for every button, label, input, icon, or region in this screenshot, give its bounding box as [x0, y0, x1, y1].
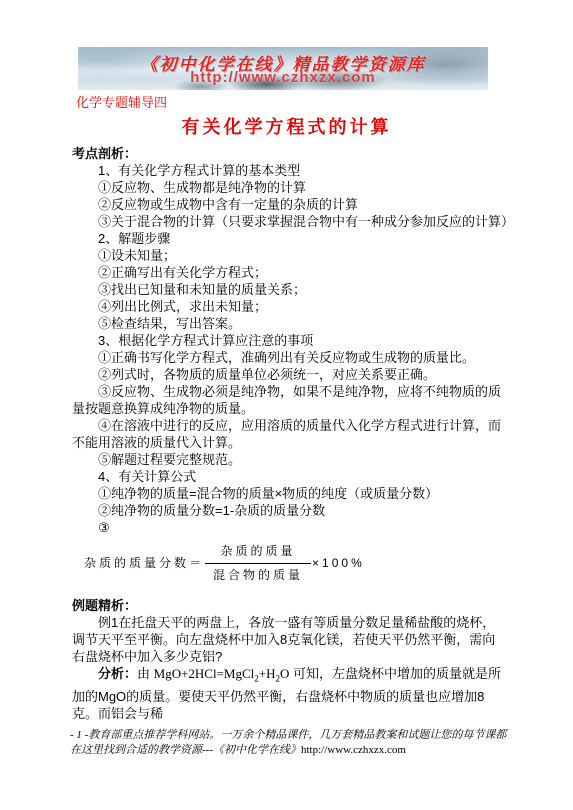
impurity-mass-fraction-formula: 杂质的质量分数 ＝ 杂质的质量 混合物的质量 ×100% — [84, 543, 508, 584]
analysis-intro: 由 — [137, 666, 154, 681]
content-paragraph: ①反应物、生成物都是纯净物的计算 — [72, 179, 508, 196]
formula-fraction: 杂质的质量 混合物的质量 — [205, 543, 311, 584]
example-analysis: 分析：由 MgO+2HCl=MgCl2+H2O 可知，左盘烧杯中增加的质量就是所… — [72, 665, 508, 722]
content-paragraph: ①设未知量； — [72, 247, 508, 264]
chemical-equation: MgO+2HCl=MgCl2+H2O — [154, 666, 290, 681]
document-page: 《初中化学在线》精品教学资源库 http://www.czhxzx.com 化学… — [0, 0, 573, 810]
content-paragraph: ②纯净物的质量分数=1-杂质的质量分数 — [72, 502, 508, 519]
analysis-label: 分析： — [98, 666, 137, 681]
content-paragraph: 2、解题步骤 — [72, 230, 508, 247]
exam-points-list: 1、有关化学方程式计算的基本类型 ①反应物、生成物都是纯净物的计算 ②反应物或生… — [72, 162, 508, 536]
content-paragraph: ②列式时，各物质的质量单位必须统一，对应关系要正确。 — [72, 366, 508, 383]
formula-denominator: 混合物的质量 — [205, 564, 311, 584]
topic-label: 化学专题辅导四 — [76, 92, 167, 111]
content-paragraph: ③关于混合物的计算（只要求掌握混合物中有一种成分参加反应的计算） — [72, 213, 508, 230]
formula-numerator: 杂质的质量 — [205, 543, 311, 564]
content-paragraph: ③找出已知量和未知量的质量关系； — [72, 281, 508, 298]
content-paragraph: 4、有关计算公式 — [72, 468, 508, 485]
content-paragraph: ⑤检查结果，写出答案。 — [72, 315, 508, 332]
content-paragraph: 3、根据化学方程式计算应注意的事项 — [72, 332, 508, 349]
formula-equals-sign: ＝ — [189, 555, 204, 572]
footer-url: http://www.czhxzx.com — [301, 744, 406, 756]
content-paragraph: ⑤解题过程要完整规范。 — [72, 451, 508, 468]
footer-text: 教育部重点推荐学科网站。一万余个精品课件，几万套精品教案和试题让您的每节课都在这… — [70, 729, 506, 756]
content-paragraph: ②正确写出有关化学方程式； — [72, 264, 508, 281]
examples-heading: 例题精析： — [72, 597, 508, 614]
site-banner-image: 《初中化学在线》精品教学资源库 http://www.czhxzx.com — [78, 47, 488, 90]
banner-site-url: http://www.czhxzx.com — [78, 69, 488, 86]
formula-lhs: 杂质的质量分数 — [84, 555, 189, 572]
content-paragraph: ④列出比例式，求出未知量； — [72, 298, 508, 315]
content-paragraph: ①正确书写化学方程式，准确列出有关反应物或生成物的质量比。 — [72, 349, 508, 366]
formula-multiplier: ×100% — [312, 555, 365, 572]
content-paragraph: ①纯净物的质量=混合物的质量×物质的纯度（或质量分数） — [72, 485, 508, 502]
content-paragraph: 1、有关化学方程式计算的基本类型 — [72, 162, 508, 179]
content-paragraph: ③ — [72, 519, 508, 536]
document-body: 考点剖析： 1、有关化学方程式计算的基本类型 ①反应物、生成物都是纯净物的计算 … — [72, 145, 508, 722]
page-footer: - 1 -教育部重点推荐学科网站。一万余个精品课件，几万套精品教案和试题让您的每… — [70, 728, 512, 758]
content-paragraph: ②反应物或生成物中含有一定量的杂质的计算 — [72, 196, 508, 213]
page-title: 有关化学方程式的计算 — [0, 113, 573, 139]
content-paragraph: ④在溶液中进行的反应，应用溶质的质量代入化学方程式进行计算，而不能用溶液的质量代… — [72, 417, 508, 451]
content-paragraph: ③反应物、生成物必须是纯净物，如果不是纯净物，应将不纯物质的质量按题意换算成纯净… — [72, 383, 508, 417]
exam-points-heading: 考点剖析： — [72, 145, 508, 162]
page-number: - 1 - — [70, 729, 88, 741]
example-problem: 例1在托盘天平的两盘上，各放一盛有等质量分数足量稀盐酸的烧杯，调节天平至平衡。向… — [72, 614, 508, 665]
